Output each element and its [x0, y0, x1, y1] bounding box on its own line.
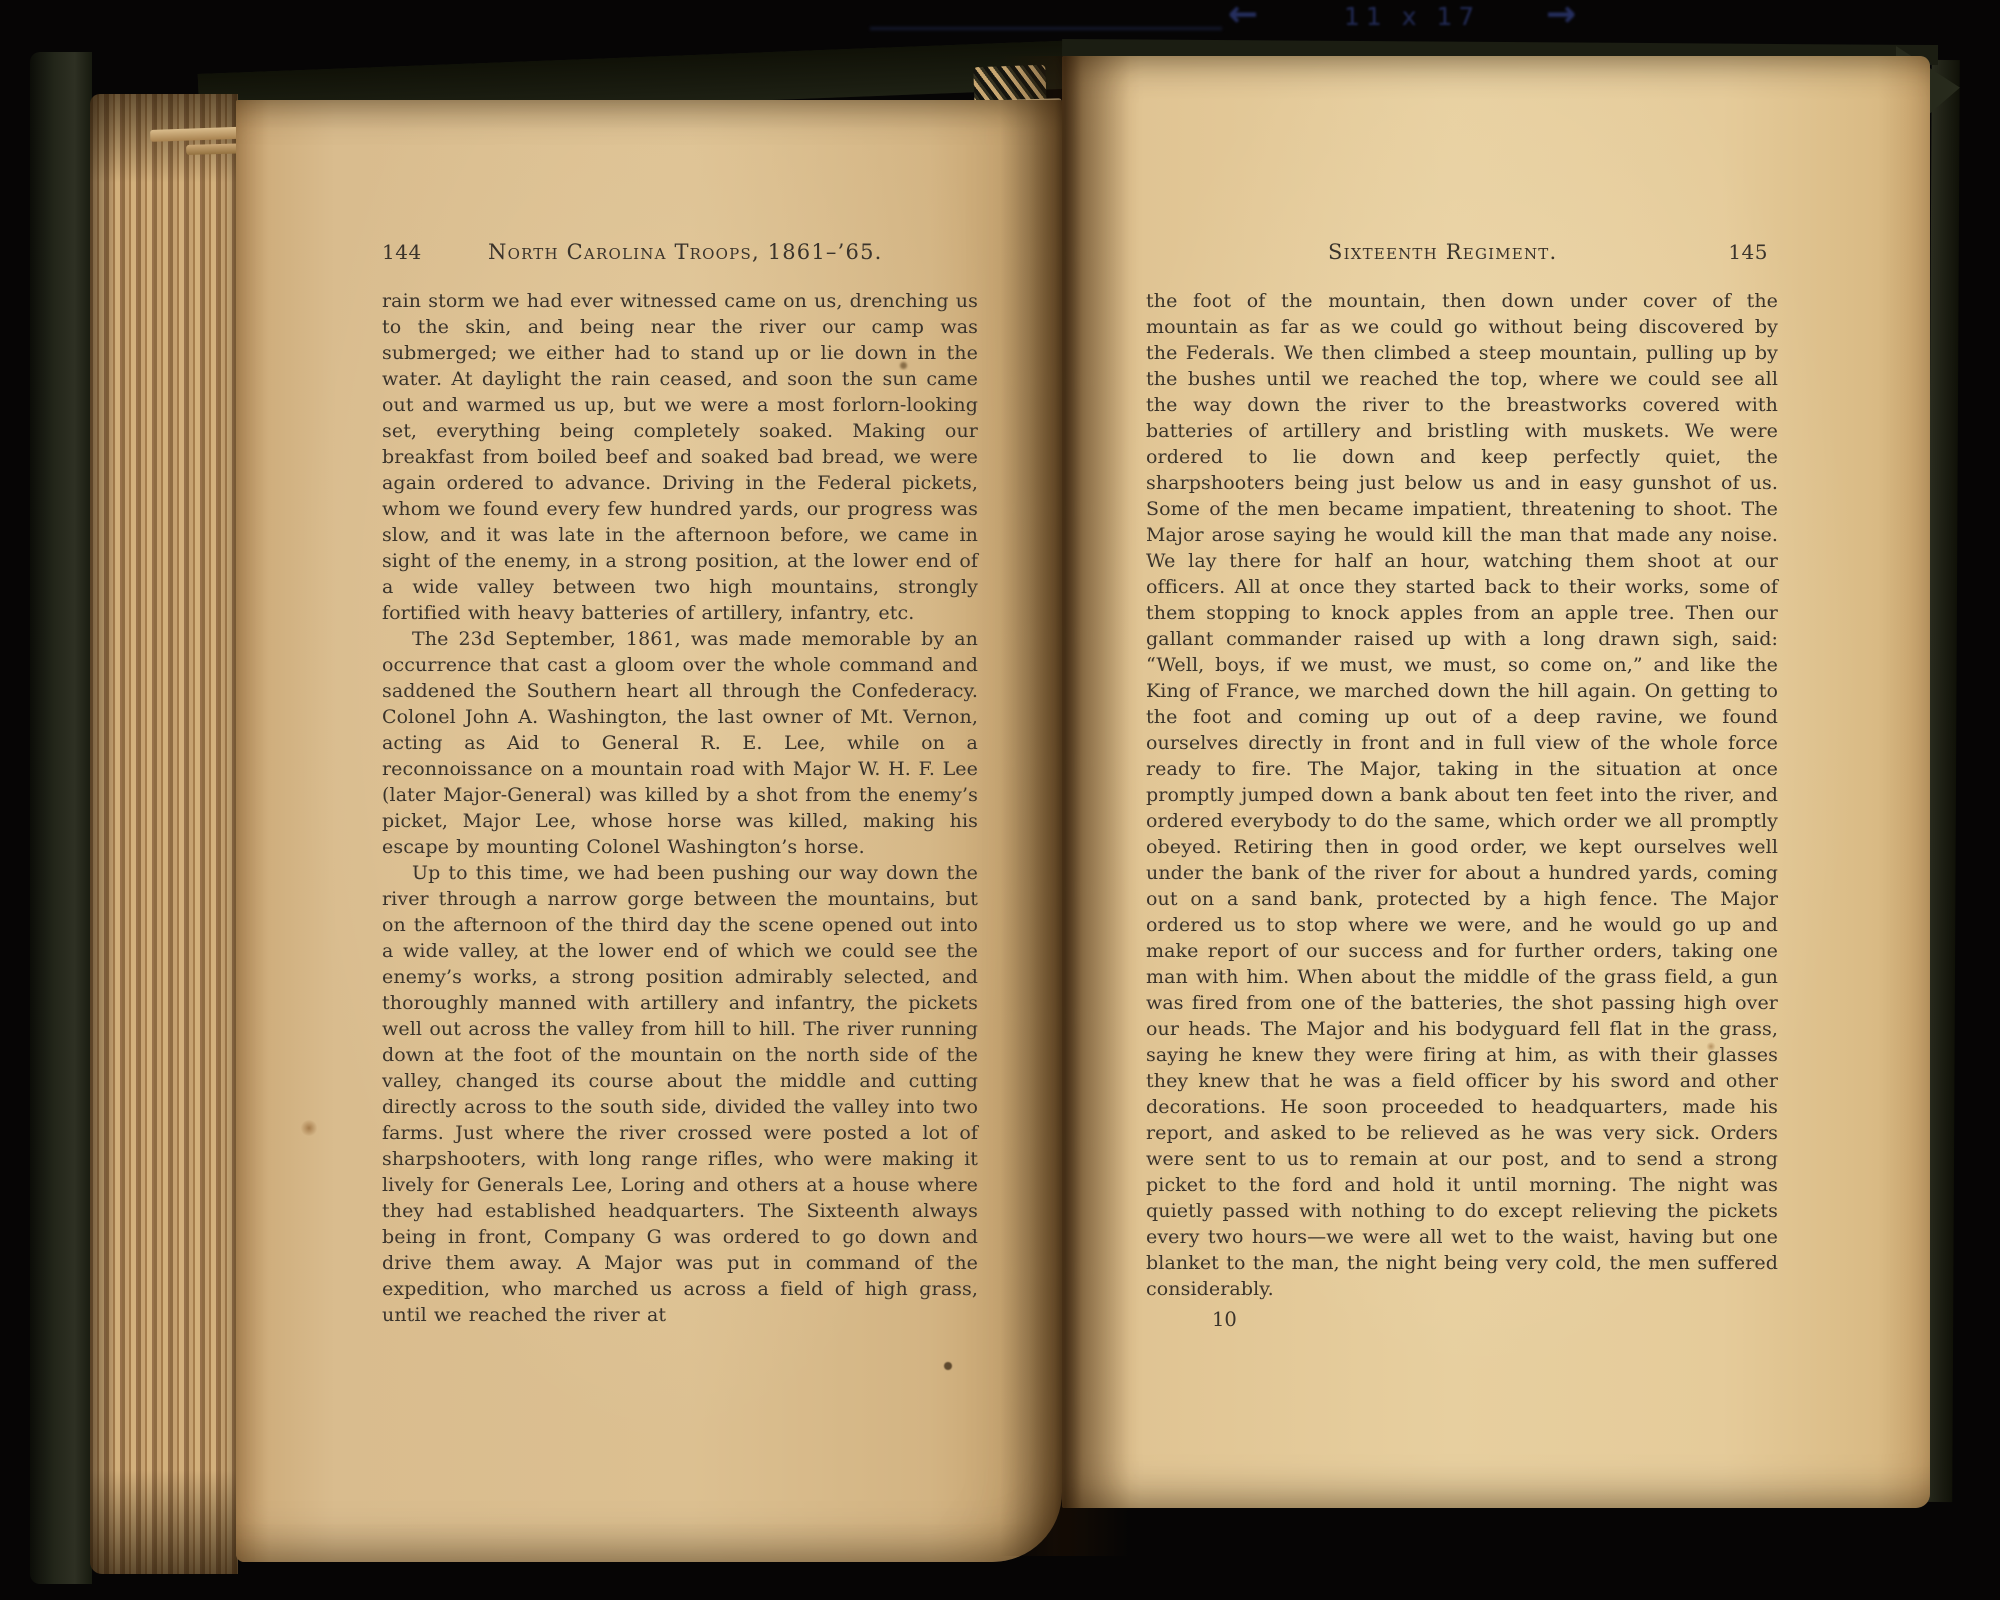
right-arrow-icon: →: [1546, 0, 1576, 35]
left-page-text-block: 144 North Carolina Troops, 1861–’65. rai…: [382, 240, 978, 1328]
book-cover-left-board: [30, 52, 92, 1584]
left-paragraph-3: Up to this time, we had been pushing our…: [382, 860, 978, 1328]
left-paragraph-2: The 23d September, 1861, was made memora…: [382, 626, 978, 860]
scanner-background: { "palette": { "background": "#060505", …: [0, 0, 2000, 1600]
left-paragraph-1: rain storm we had ever witnessed came on…: [382, 288, 978, 626]
signature-mark: 10: [1146, 1308, 1778, 1331]
right-page-number: 145: [1728, 240, 1768, 264]
left-running-header-title: North Carolina Troops, 1861–’65.: [488, 240, 883, 264]
paper-size-label: 11 x 17: [1344, 2, 1480, 31]
right-page-text-block: Sixteenth Regiment. 145 the foot of the …: [1146, 240, 1778, 1331]
right-running-header-title: Sixteenth Regiment.: [1328, 240, 1557, 264]
right-paragraph-1: the foot of the mountain, then down unde…: [1146, 288, 1778, 1302]
scanner-guide-line: [870, 27, 1222, 30]
page-stack-fore-edge: [90, 94, 238, 1574]
left-arrow-icon: ←: [1228, 0, 1258, 35]
left-running-head: 144 North Carolina Troops, 1861–’65.: [382, 240, 978, 272]
scanner-toolbar: ← 11 x 17 →: [870, 0, 1630, 40]
right-running-head: Sixteenth Regiment. 145: [1146, 240, 1778, 272]
left-page-number: 144: [382, 240, 422, 264]
